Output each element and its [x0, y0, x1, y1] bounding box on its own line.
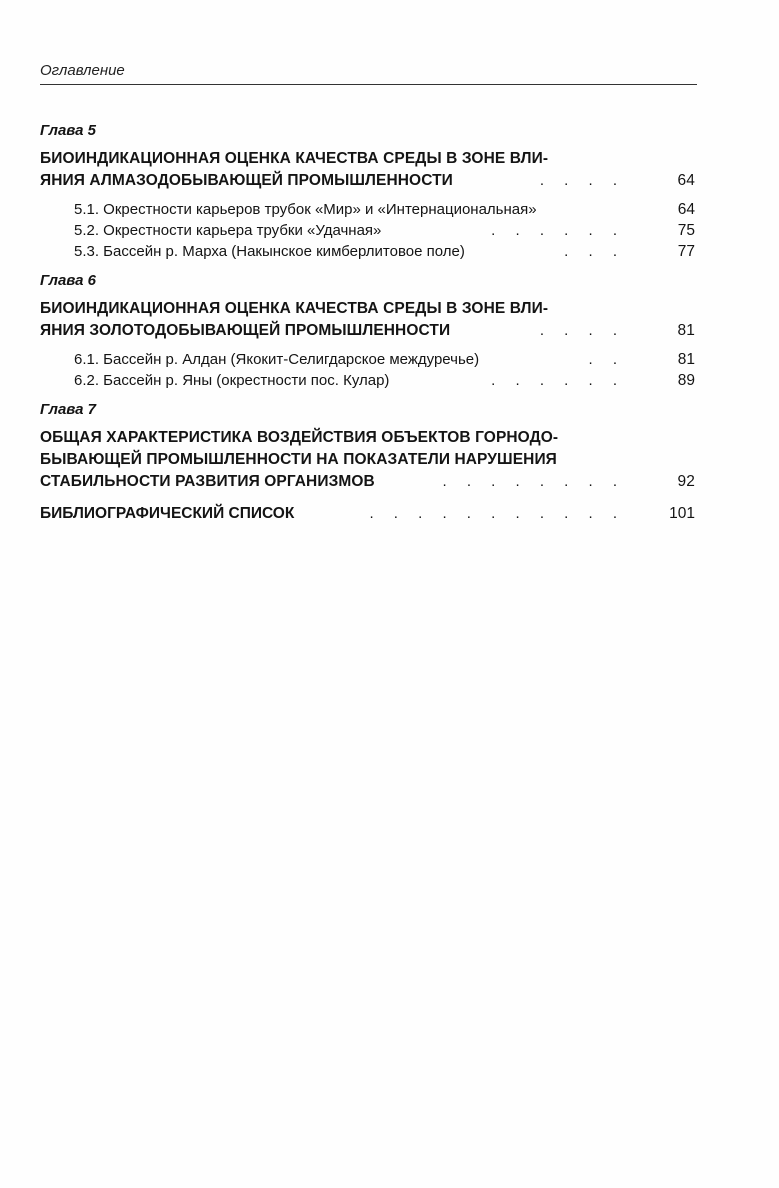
chapter-label: Глава 7 — [40, 401, 695, 419]
chapter-title-line: БИОИНДИКАЦИОННАЯ ОЦЕНКА КАЧЕСТВА СРЕДЫ В… — [40, 298, 695, 320]
page-number: 81 — [655, 349, 695, 370]
toc-chapter-5: Глава 5 БИОИНДИКАЦИОННАЯ ОЦЕНКА КАЧЕСТВА… — [40, 122, 695, 262]
section-title: 5.1. Окрестности карьеров трубок «Мир» и… — [74, 199, 537, 220]
chapter-title-line: БЫВАЮЩЕЙ ПРОМЫШЛЕННОСТИ НА ПОКАЗАТЕЛИ НА… — [40, 449, 695, 471]
dot-leader: . . . — [465, 241, 655, 262]
dot-leader: . . . . . . . . . . . — [294, 503, 655, 525]
header-rule — [40, 84, 697, 85]
page-number: 81 — [655, 320, 695, 342]
page-number: 89 — [655, 370, 695, 391]
section-title: 6.1. Бассейн р. Алдан (Якокит-Селигдарск… — [74, 349, 479, 370]
dot-leader: . . . . . . — [389, 370, 655, 391]
chapter-title-line: ОБЩАЯ ХАРАКТЕРИСТИКА ВОЗДЕЙСТВИЯ ОБЪЕКТО… — [40, 427, 695, 449]
section-list: 5.1. Окрестности карьеров трубок «Мир» и… — [40, 199, 695, 262]
page-number: 92 — [655, 471, 695, 493]
toc-section-6-2[interactable]: 6.2. Бассейн р. Яны (окрестности пос. Ку… — [74, 370, 695, 391]
page-number: 64 — [655, 170, 695, 192]
section-title: 6.2. Бассейн р. Яны (окрестности пос. Ку… — [74, 370, 389, 391]
section-list: 6.1. Бассейн р. Алдан (Якокит-Селигдарск… — [40, 349, 695, 391]
dot-leader: . . . . — [453, 170, 655, 192]
bibliography-title: БИБЛИОГРАФИЧЕСКИЙ СПИСОК — [40, 503, 294, 525]
section-title: 5.3. Бассейн р. Марха (Накынское кимберл… — [74, 241, 465, 262]
toc-section-5-1[interactable]: 5.1. Окрестности карьеров трубок «Мир» и… — [74, 199, 695, 220]
toc-section-5-3[interactable]: 5.3. Бассейн р. Марха (Накынское кимберл… — [74, 241, 695, 262]
dot-leader: . . . . . . . . — [375, 471, 655, 493]
chapter-title-row[interactable]: ЯНИЯ АЛМАЗОДОБЫВАЮЩЕЙ ПРОМЫШЛЕННОСТИ . .… — [40, 170, 695, 192]
chapter-title-line: ЯНИЯ АЛМАЗОДОБЫВАЮЩЕЙ ПРОМЫШЛЕННОСТИ — [40, 170, 453, 192]
toc-chapter-7: Глава 7 ОБЩАЯ ХАРАКТЕРИСТИКА ВОЗДЕЙСТВИЯ… — [40, 401, 695, 493]
toc-bibliography[interactable]: БИБЛИОГРАФИЧЕСКИЙ СПИСОК . . . . . . . .… — [40, 503, 695, 525]
page-number: 75 — [655, 220, 695, 241]
chapter-title-line: ЯНИЯ ЗОЛОТОДОБЫВАЮЩЕЙ ПРОМЫШЛЕННОСТИ — [40, 320, 450, 342]
page-number: 77 — [655, 241, 695, 262]
section-title: 5.2. Окрестности карьера трубки «Удачная… — [74, 220, 381, 241]
chapter-title-line: СТАБИЛЬНОСТИ РАЗВИТИЯ ОРГАНИЗМОВ — [40, 471, 375, 493]
dot-leader: . . — [479, 349, 655, 370]
chapter-title-line: БИОИНДИКАЦИОННАЯ ОЦЕНКА КАЧЕСТВА СРЕДЫ В… — [40, 148, 695, 170]
chapter-title-row[interactable]: ЯНИЯ ЗОЛОТОДОБЫВАЮЩЕЙ ПРОМЫШЛЕННОСТИ . .… — [40, 320, 695, 342]
chapter-title-row[interactable]: СТАБИЛЬНОСТИ РАЗВИТИЯ ОРГАНИЗМОВ . . . .… — [40, 471, 695, 493]
chapter-label: Глава 5 — [40, 122, 695, 140]
dot-leader: . . . . — [450, 320, 655, 342]
toc-chapter-6: Глава 6 БИОИНДИКАЦИОННАЯ ОЦЕНКА КАЧЕСТВА… — [40, 272, 695, 391]
page-number: 101 — [655, 503, 695, 525]
table-of-contents: Глава 5 БИОИНДИКАЦИОННАЯ ОЦЕНКА КАЧЕСТВА… — [40, 122, 695, 525]
toc-section-5-2[interactable]: 5.2. Окрестности карьера трубки «Удачная… — [74, 220, 695, 241]
page-number: 64 — [655, 199, 695, 220]
running-head: Оглавление — [40, 62, 697, 80]
toc-section-6-1[interactable]: 6.1. Бассейн р. Алдан (Якокит-Селигдарск… — [74, 349, 695, 370]
dot-leader: . . . . . . — [381, 220, 655, 241]
chapter-label: Глава 6 — [40, 272, 695, 290]
book-page: Оглавление Глава 5 БИОИНДИКАЦИОННАЯ ОЦЕН… — [0, 0, 779, 1188]
